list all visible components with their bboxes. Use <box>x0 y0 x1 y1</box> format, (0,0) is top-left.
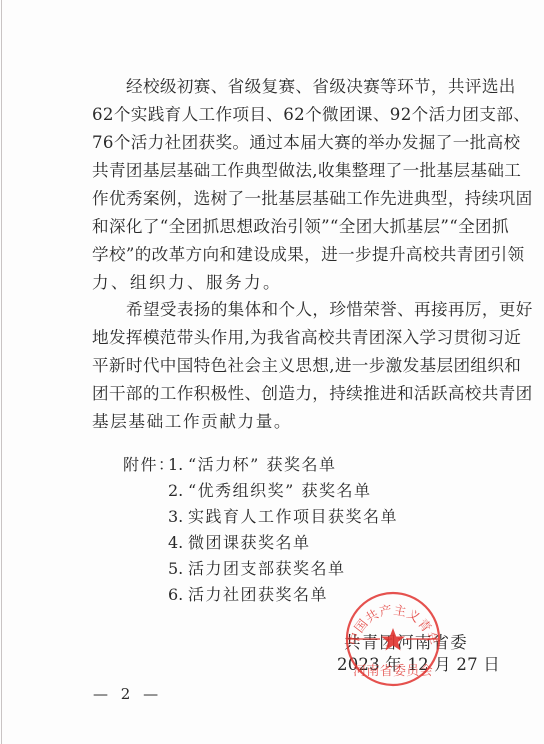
attachment-1-title: “活力杯” 获奖名单 <box>188 455 336 475</box>
attachment-6-number: 6. <box>168 585 183 605</box>
attachment-3-number: 3. <box>168 507 183 527</box>
paragraph-2-line-2: 地发挥模范带头作用,为我省高校共青团深入学习贯彻习近 <box>92 328 468 348</box>
paragraph-2-line-3: 平新时代中国特色社会主义思想,进一步激发基层团组织和 <box>92 356 468 376</box>
attachment-5-title: 活力团支部获奖名单 <box>188 559 346 579</box>
attachment-4-title: 微团课获奖名单 <box>188 533 311 553</box>
attachment-2-number: 2. <box>168 481 183 501</box>
attachment-3-title: 实践育人工作项目获奖名单 <box>188 507 398 527</box>
paragraph-2-line-5: 基层基础工作贡献力量。 <box>92 412 468 432</box>
paragraph-1-line-5: 作优秀案例，选树了一批基层基础工作先进典型，持续巩固 <box>92 189 468 209</box>
paragraph-1-line-1: 经校级初赛、省级复赛、省级决赛等环节，共评选出 <box>126 77 468 97</box>
attachment-4-number: 4. <box>168 533 183 553</box>
attachment-5-number: 5. <box>168 559 183 579</box>
attachment-1-number: 1. <box>168 455 183 475</box>
paragraph-2-line-4: 团干部的工作积极性、创造力，持续推进和活跃高校共青团 <box>92 384 468 404</box>
paragraph-1-line-3: 76个活力社团获奖。通过本届大赛的举办发掘了一批高校 <box>92 133 468 153</box>
attachment-2-title: “优秀组织奖” 获奖名单 <box>188 481 371 501</box>
attachment-6-title: 活力社团获奖名单 <box>188 585 328 605</box>
page-number: — 2 — <box>93 686 162 702</box>
paragraph-2-line-1: 希望受表扬的集体和个人，珍惜荣誉、再接再厉，更好 <box>126 300 468 320</box>
paragraph-1-line-8: 力、组织力、服务力。 <box>92 273 468 293</box>
paragraph-1-line-7: 学校”的改革方向和建设成果，进一步提升高校共青团引领 <box>92 245 468 265</box>
signature-date: 2023 年 12 月 27 日 <box>337 655 500 675</box>
paragraph-1-line-2: 62个实践育人工作项目、62个微团课、92个活力团支部、 <box>92 105 468 125</box>
signature-organization: 共青团河南省委 <box>344 633 468 653</box>
paragraph-1-line-4: 共青团基层基础工作典型做法,收集整理了一批基层基础工 <box>92 161 468 181</box>
paragraph-1-line-6: 和深化了“全团抓思想政治引领”“全团大抓基层”“全团抓 <box>92 217 468 237</box>
page-edge <box>1 0 2 744</box>
